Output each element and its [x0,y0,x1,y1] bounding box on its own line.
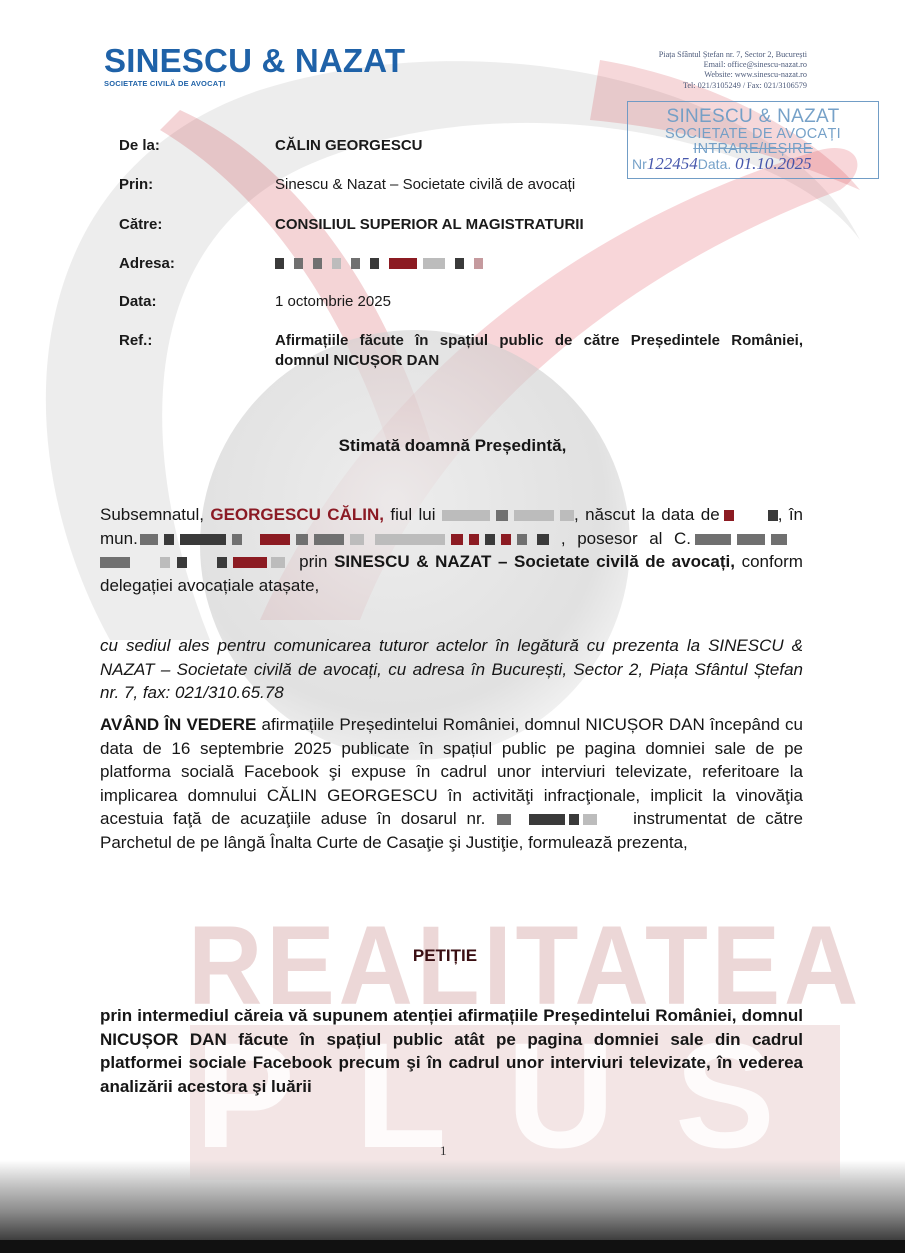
law-firm-name: SINESCU & NAZAT – Societate civilă de av… [334,552,735,571]
salutation: Stimată doamnă Președintă, [0,436,905,456]
petitioner-name: GEORGESCU CĂLIN, [210,505,384,524]
contact-email: Email: office@sinescu-nazat.ro [659,60,807,70]
page-number: 1 [440,1143,447,1159]
intro-paragraph: Subsemnatul, GEORGESCU CĂLIN, fiul lui ,… [100,503,803,597]
firm-name: SINESCU & NAZAT [104,44,405,78]
considering-lead: AVÂND ÎN VEDERE [100,715,256,734]
from-label: De la: [119,136,259,156]
via-label: Prin: [119,175,259,195]
contact-address: Piața Sfântul Ștefan nr. 7, Sector 2, Bu… [659,50,807,60]
date-label: Data: [119,292,259,312]
firm-logo: SINESCU & NAZAT SOCIETATE CIVILĂ DE AVOC… [104,44,405,88]
petition-heading: PETIȚIE [0,946,890,966]
stamp-firm: SINESCU & NAZAT [628,107,878,127]
to-value: CONSILIUL SUPERIOR AL MAGISTRATURII [275,215,805,235]
stamp-nr-value: 122454 [647,154,698,173]
ref-value: Afirmațiile făcute în spațiul public de … [275,331,803,371]
stamp-data-label: Data [698,156,728,172]
ref-label: Ref.: [119,331,259,351]
to-label: Către: [119,215,259,235]
stamp-date-value: 01.10.2025 [735,154,812,173]
stamp-nr-label: Nr [632,156,647,172]
firm-subtitle: SOCIETATE CIVILĂ DE AVOCAȚI [104,79,405,88]
bottom-fade [0,1160,905,1240]
stamp-number-date: Nr122454Data. 01.10.2025 [628,156,878,172]
petition-paragraph: prin intermediul căreia vă supunem atenț… [100,1004,803,1098]
considering-paragraph: AVÂND ÎN VEDERE afirmațiile Președintelu… [100,713,803,854]
contact-phone: Tel: 021/3105249 / Fax: 021/3106579 [659,81,807,91]
address-label: Adresa: [119,254,259,274]
contact-website: Website: www.sinescu-nazat.ro [659,70,807,80]
address-redacted [275,254,805,274]
domicile-paragraph: cu sediul ales pentru comunicarea tuturo… [100,634,803,705]
from-value: CĂLIN GEORGESCU [275,136,805,156]
bottom-bar [0,1240,905,1253]
date-value: 1 octombrie 2025 [275,292,805,312]
firm-contact: Piața Sfântul Ștefan nr. 7, Sector 2, Bu… [659,50,807,91]
via-value: Sinescu & Nazat – Societate civilă de av… [275,175,805,195]
